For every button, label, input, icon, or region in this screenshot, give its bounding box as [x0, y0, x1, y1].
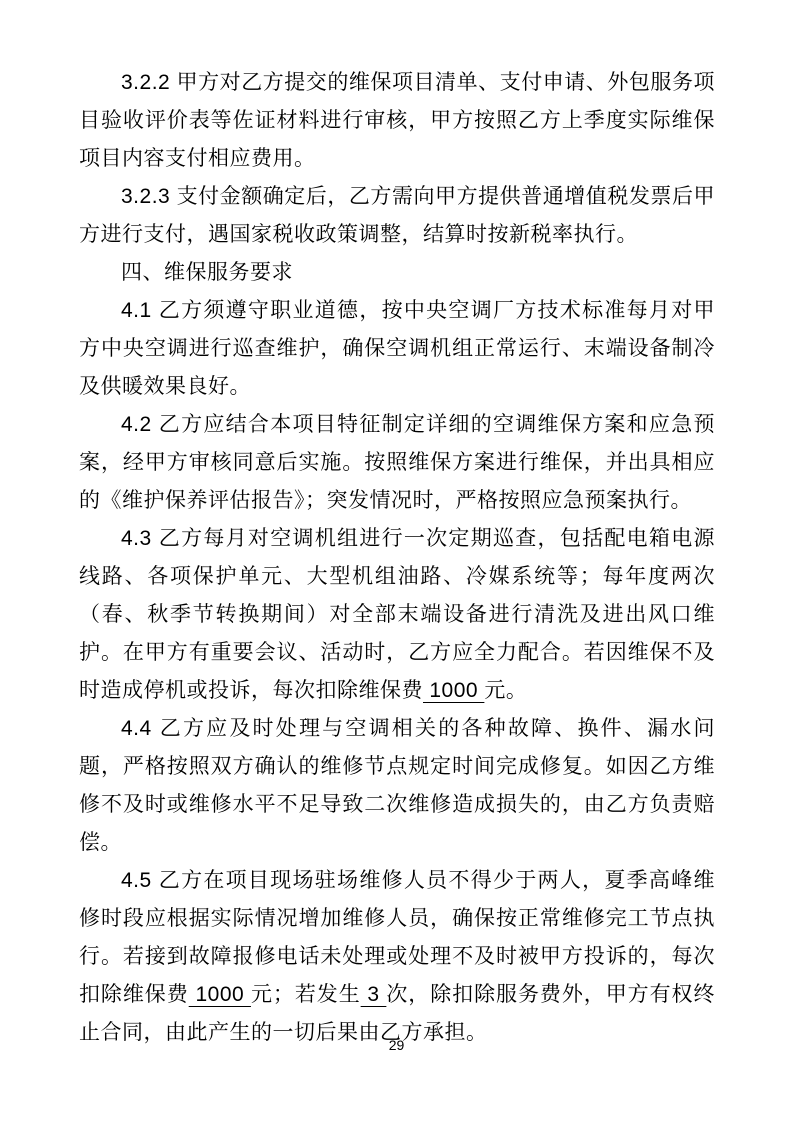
- document-page: 3.2.2 甲方对乙方提交的维保项目清单、支付申请、外包服务项目验收评价表等佐证…: [0, 0, 793, 1122]
- text-segment: 元；若发生: [251, 983, 361, 1006]
- paragraph: 3.2.2 甲方对乙方提交的维保项目清单、支付申请、外包服务项目验收评价表等佐证…: [79, 64, 715, 178]
- paragraph: 4.4 乙方应及时处理与空调相关的各种故障、换件、漏水问题，严格按照双方确认的维…: [79, 710, 715, 862]
- text-segment: 元。: [484, 679, 527, 702]
- paragraph: 4.1 乙方须遵守职业道德，按中央空调厂方技术标准每月对甲方中央空调进行巡查维护…: [79, 292, 715, 406]
- page-number: 29: [0, 1036, 793, 1054]
- text-segment: 3.2.2 甲方对乙方提交的维保项目清单、支付申请、外包服务项目验收评价表等佐证…: [79, 71, 715, 170]
- underlined-blank-value: 1000: [189, 983, 251, 1006]
- paragraph: 4.2 乙方应结合本项目特征制定详细的空调维保方案和应急预案，经甲方审核同意后实…: [79, 406, 715, 520]
- paragraph: 4.5 乙方在项目现场驻场维修人员不得少于两人，夏季高峰维修时段应根据实际情况增…: [79, 862, 715, 1052]
- text-segment: 4.2 乙方应结合本项目特征制定详细的空调维保方案和应急预案，经甲方审核同意后实…: [79, 413, 715, 512]
- underlined-blank-value: 1000: [423, 679, 484, 702]
- paragraph: 四、维保服务要求: [79, 254, 715, 292]
- paragraph: 3.2.3 支付金额确定后，乙方需向甲方提供普通增值税发票后甲方进行支付，遇国家…: [79, 178, 715, 254]
- underlined-blank-value: 3: [361, 983, 387, 1006]
- text-segment: 四、维保服务要求: [121, 261, 293, 284]
- text-segment: 3.2.3 支付金额确定后，乙方需向甲方提供普通增值税发票后甲方进行支付，遇国家…: [79, 185, 715, 246]
- text-segment: 4.1 乙方须遵守职业道德，按中央空调厂方技术标准每月对甲方中央空调进行巡查维护…: [79, 299, 715, 398]
- text-segment: 4.3 乙方每月对空调机组进行一次定期巡查，包括配电箱电源线路、各项保护单元、大…: [79, 527, 715, 702]
- text-segment: 4.4 乙方应及时处理与空调相关的各种故障、换件、漏水问题，严格按照双方确认的维…: [79, 717, 715, 854]
- document-body: 3.2.2 甲方对乙方提交的维保项目清单、支付申请、外包服务项目验收评价表等佐证…: [79, 64, 715, 1052]
- paragraph: 4.3 乙方每月对空调机组进行一次定期巡查，包括配电箱电源线路、各项保护单元、大…: [79, 520, 715, 710]
